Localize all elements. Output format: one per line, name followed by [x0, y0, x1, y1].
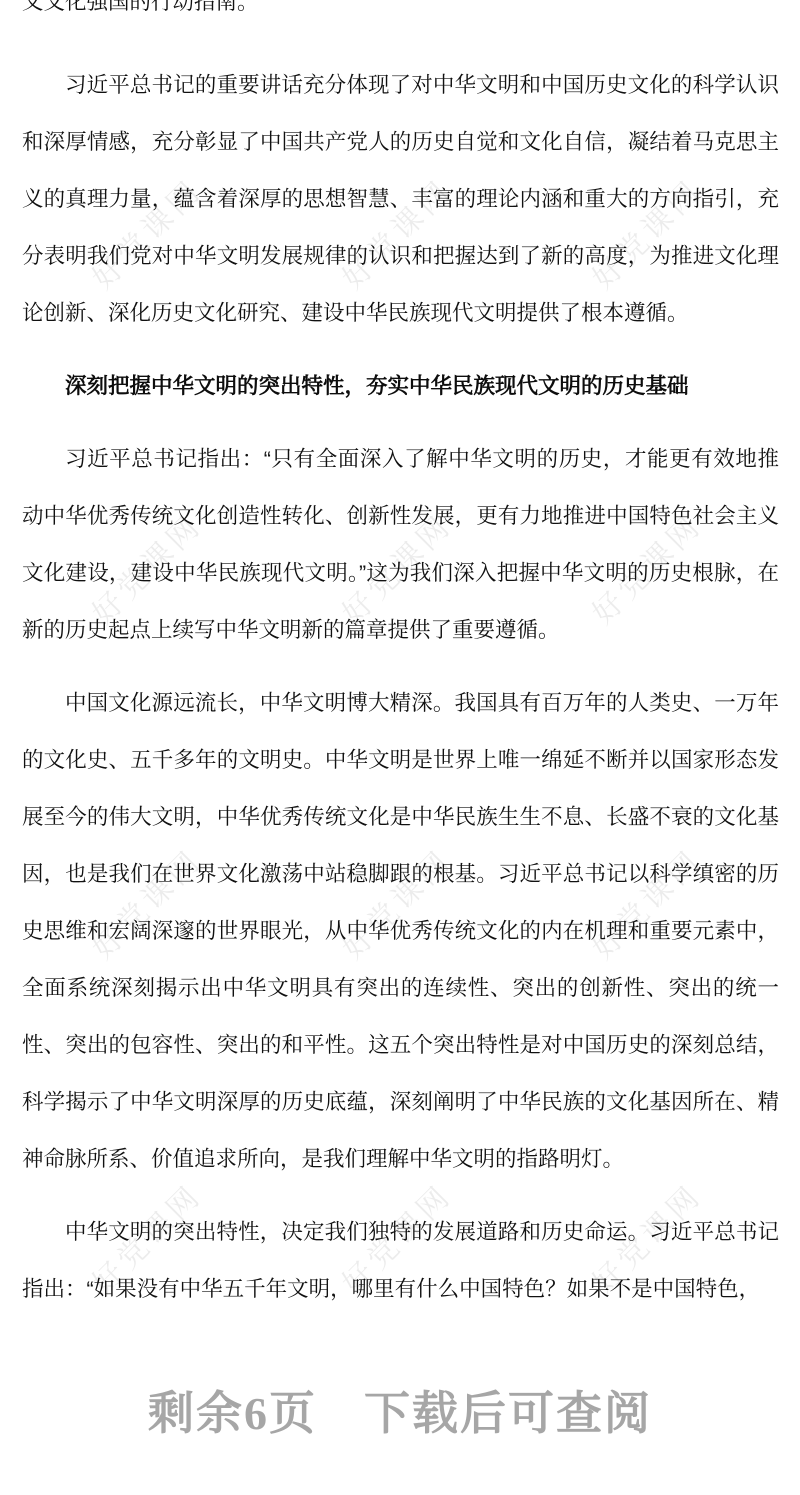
- section-heading: 深刻把握中华文明的突出特性，夯实中华民族现代文明的历史基础: [22, 358, 779, 415]
- clipped-paragraph-line: 义文化强国的行动指南。: [22, 0, 779, 31]
- document-page: 好党课网 好党课网 好党课网 好党课网 好党课网 好党课网 好党课网 好党课网 …: [0, 0, 800, 1495]
- document-body: 义文化强国的行动指南。 习近平总书记的重要讲话充分体现了对中华文明和中国历史文化…: [22, 0, 779, 1334]
- body-paragraph-1: 习近平总书记的重要讲话充分体现了对中华文明和中国历史文化的科学认识和深厚情感，充…: [22, 57, 779, 342]
- body-paragraph-2: 习近平总书记指出：“只有全面深入了解中华文明的历史，才能更有效地推动中华优秀传统…: [22, 431, 779, 659]
- body-paragraph-3: 中国文化源远流长，中华文明博大精深。我国具有百万年的人类史、一万年的文化史、五千…: [22, 675, 779, 1188]
- preview-footer: 剩余6页 下载后可查阅: [0, 1390, 800, 1438]
- body-paragraph-4: 中华文明的突出特性，决定我们独特的发展道路和历史命运。习近平总书记指出：“如果没…: [22, 1204, 779, 1318]
- pages-remaining-label: 剩余6页: [148, 1390, 317, 1438]
- download-hint-label: 下载后可查阅: [364, 1390, 652, 1438]
